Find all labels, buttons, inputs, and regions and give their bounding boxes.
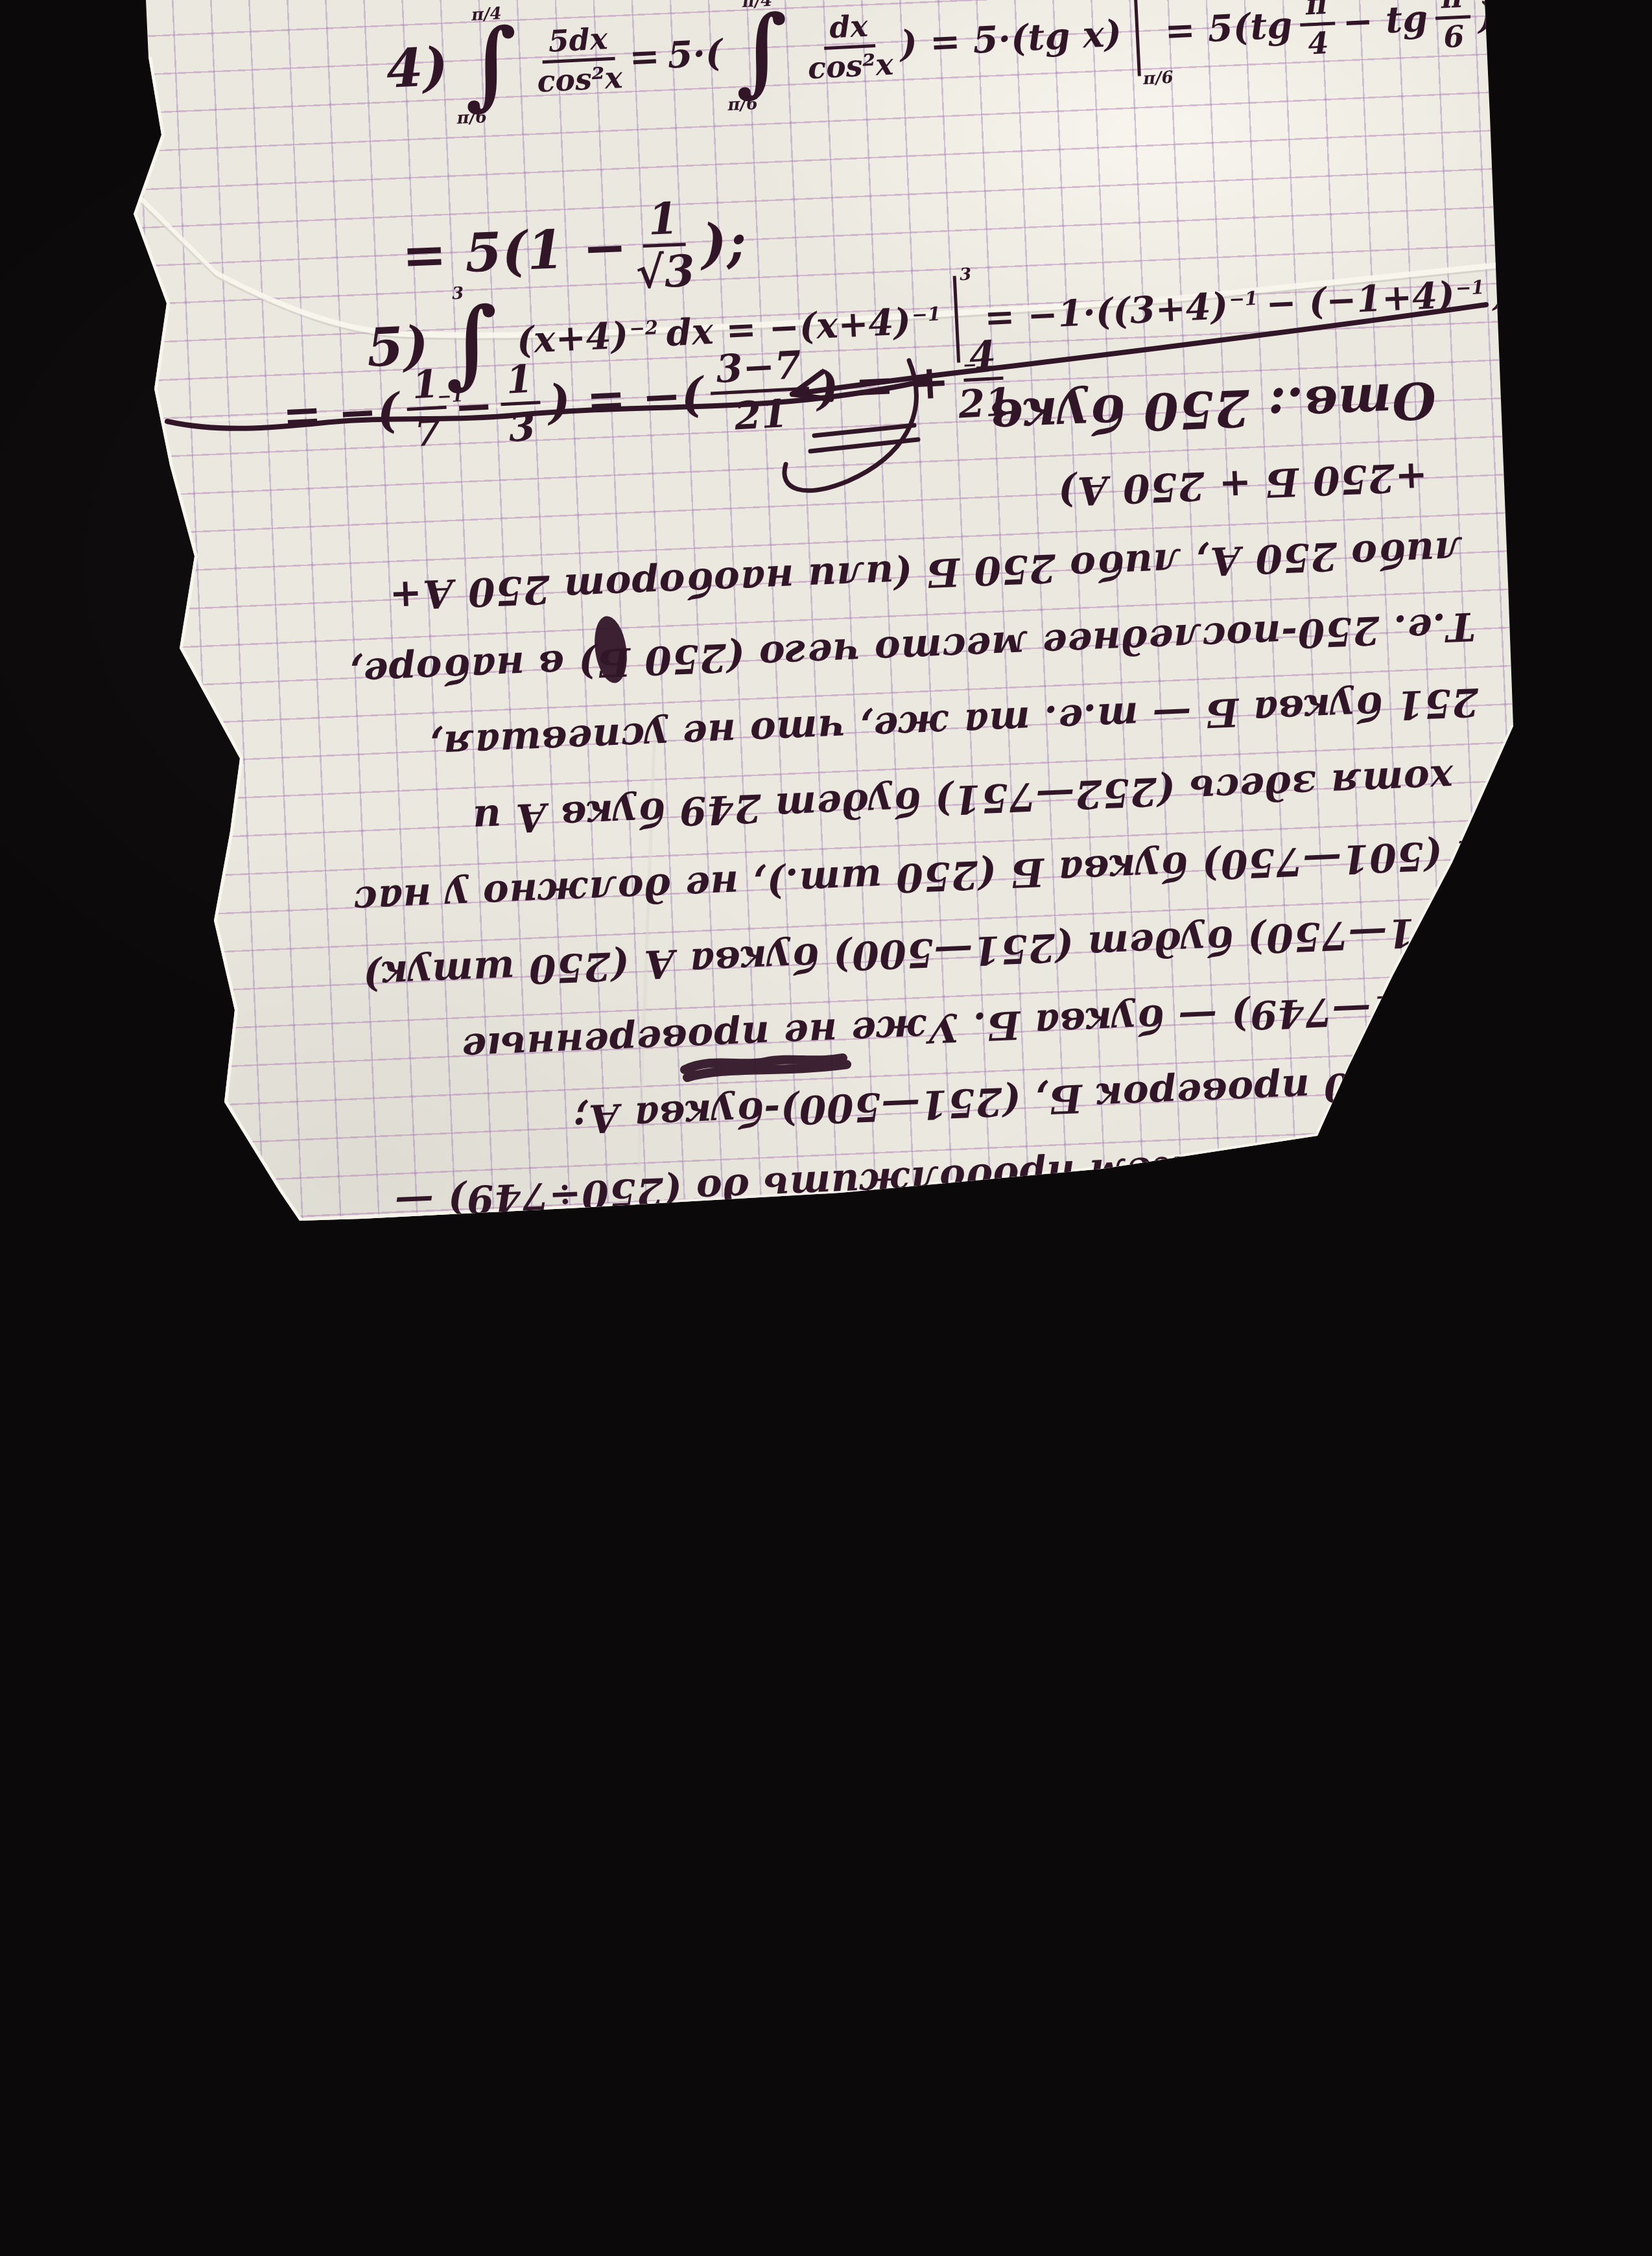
- upper-limit: π/4: [471, 8, 502, 23]
- paper-sheet: 4) ∫π/4π/6 5dxcos²x = 5·( ∫π/4π/6 dxcos²…: [0, 0, 1652, 2256]
- scanned-page: 4) ∫π/4π/6 5dxcos²x = 5·( ∫π/4π/6 dxcos²…: [0, 0, 1652, 2256]
- integral-sign: ∫π/4π/6: [462, 27, 520, 103]
- math-token: = −1·((3+4)−1: [984, 283, 1260, 340]
- evaluation-bar: π/4π/6: [1133, 0, 1141, 76]
- lower-limit: π/6: [727, 97, 759, 112]
- math-token: 5·(: [667, 32, 724, 77]
- math-token: ) =: [1477, 0, 1539, 38]
- exponent: −1: [1229, 287, 1258, 310]
- math-token: );: [700, 211, 748, 275]
- exponent: −1: [1455, 276, 1485, 299]
- fraction: 5dxcos²x: [534, 23, 623, 97]
- math-token: =: [628, 35, 661, 79]
- upper-limit: 3: [959, 264, 972, 285]
- math-token: = 5(1 −: [401, 216, 628, 287]
- integral-sign: ∫π/4π/6: [733, 13, 791, 89]
- exponent: −2: [629, 316, 659, 340]
- lower-limit: π/6: [456, 110, 488, 125]
- upper-limit: π/4: [742, 0, 773, 9]
- fraction: 1√3: [633, 196, 696, 295]
- exponent: −1: [911, 302, 941, 325]
- math-token: − tg: [1341, 0, 1429, 44]
- upper-limit: 3: [452, 287, 464, 301]
- math-token: ) = 5·(tg x): [899, 12, 1123, 66]
- math-token: ) =: [1491, 269, 1553, 314]
- rotated-note: Так мы можем продолжить до (250÷749) — в…: [255, 354, 1500, 1244]
- fraction: dxcos²x: [805, 10, 894, 84]
- fraction: π4: [1299, 0, 1337, 60]
- lower-limit: π/6: [1142, 68, 1174, 89]
- math-token: = 5(tg: [1164, 4, 1293, 53]
- problem-number: 4): [385, 36, 449, 100]
- fraction: π6: [1434, 0, 1472, 53]
- math-token: − (−1+4)−1: [1265, 272, 1486, 325]
